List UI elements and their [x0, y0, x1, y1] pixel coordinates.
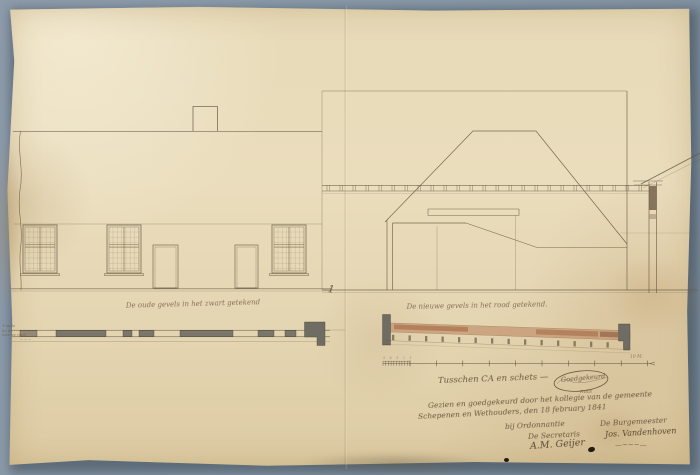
scale-end-label: 10 M. — [630, 355, 643, 360]
scanned-drawing-scene: De oude gevels in het zwart getekend De … — [0, 0, 700, 475]
by-ordonnantie-label: bij Ordonnantie — [505, 419, 565, 431]
mayor-title: De Burgemeester — [600, 416, 667, 428]
right-elevation — [322, 91, 698, 292]
neighbor-structure — [620, 153, 700, 293]
wall-corner-block — [305, 322, 326, 346]
facade-doors — [153, 245, 258, 288]
margin-note-line4: ~·~·~ — [20, 338, 31, 342]
new-wall-plan-strip-red — [383, 315, 631, 354]
scale-left-numerals: 5 4 3 2 1 — [383, 356, 413, 360]
mayor-flourish: —~~~— — [615, 441, 647, 449]
inscription-title-line: Tusschen CA en schets — — [438, 372, 549, 386]
mayor-signature: Jos. Vandenhoven — [605, 426, 677, 439]
old-wall-plan-strip — [12, 322, 345, 346]
scale-bar — [383, 361, 655, 367]
fence-post-ticks — [327, 185, 642, 191]
ink-blot — [504, 458, 509, 462]
margin-note-line3: nieuwe rooij — [2, 332, 26, 337]
secretary-signature: A.M. Geijer — [530, 437, 586, 452]
wall-segments — [20, 331, 296, 337]
left-elevation — [11, 107, 331, 292]
approval-inscription-block: Tusschen CA en schets — Goedgekeurd mits… — [410, 372, 695, 456]
facade-windows — [21, 225, 309, 276]
